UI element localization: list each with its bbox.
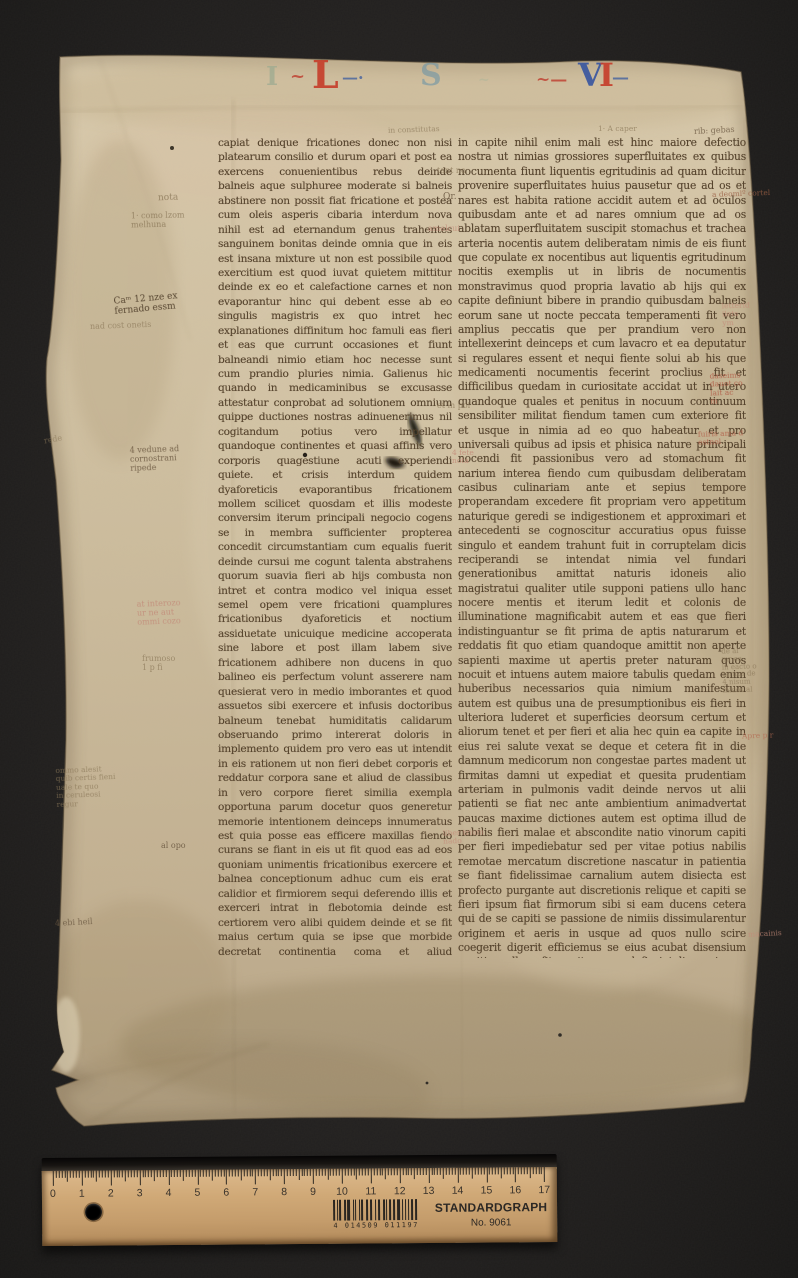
ruler-number: 2 xyxy=(108,1187,114,1199)
ruler-number: 5 xyxy=(194,1187,200,1199)
ruler-tick xyxy=(249,1169,250,1176)
margin-note: amelcui xyxy=(428,225,460,234)
ruler-tick xyxy=(437,1168,438,1175)
ruler-tick xyxy=(108,1170,109,1177)
ruler-tick xyxy=(402,1168,403,1175)
ruler-model: No. 9061 xyxy=(425,1217,557,1229)
ruler-tick xyxy=(275,1169,276,1176)
ruler-tick xyxy=(359,1169,360,1176)
ruler-number: 14 xyxy=(452,1185,464,1197)
ruler-tick xyxy=(73,1171,74,1178)
ruler-tick xyxy=(313,1169,314,1184)
ruler-brand: STANDARDGRAPH xyxy=(425,1200,557,1215)
ruler-tick xyxy=(426,1168,427,1175)
ruler-tick xyxy=(365,1168,366,1175)
ruler-tick xyxy=(452,1168,453,1175)
ruler-number: 12 xyxy=(394,1185,406,1197)
ruler-tick xyxy=(333,1169,334,1176)
ruler-hole xyxy=(85,1204,102,1221)
ruler-tick xyxy=(460,1168,461,1175)
ruler-tick xyxy=(142,1170,143,1177)
margin-note-line: melhuna xyxy=(131,220,185,230)
ruler-tick xyxy=(486,1168,487,1183)
ruler-tick xyxy=(87,1171,88,1178)
margin-note-line: tant no xyxy=(437,167,466,176)
margin-note: tant no xyxy=(437,167,466,176)
ruler-tick xyxy=(151,1170,152,1177)
ruler-tick xyxy=(506,1167,507,1174)
ruler-tick xyxy=(125,1170,126,1181)
ruler-tick xyxy=(122,1170,123,1177)
ruler-tick xyxy=(243,1169,244,1176)
ruler-tick xyxy=(301,1169,302,1176)
ruler-tick xyxy=(394,1168,395,1175)
margin-note: nota xyxy=(158,193,179,204)
ruler-number: 0 xyxy=(50,1188,56,1200)
margin-note-line: macainis xyxy=(748,929,782,939)
ruler-tick xyxy=(469,1168,470,1175)
ruler-tick xyxy=(61,1171,62,1178)
margin-note: frumoso1 p fi xyxy=(142,655,175,673)
ruler-tick xyxy=(191,1170,192,1177)
ruler-tick xyxy=(157,1170,158,1177)
ruler-tick xyxy=(264,1169,265,1176)
margin-note-line: 1 p fi xyxy=(142,664,175,673)
margin-note: macainis xyxy=(748,929,782,939)
ruler-tick xyxy=(457,1168,458,1183)
ruler-tick xyxy=(194,1170,195,1177)
ruler-tick xyxy=(544,1167,545,1182)
ruler-number: 7 xyxy=(252,1186,258,1198)
ruler-tick xyxy=(324,1169,325,1176)
ruler-tick xyxy=(535,1167,536,1174)
ruler-tick xyxy=(295,1169,296,1176)
ruler-tick xyxy=(93,1171,94,1178)
ruler-tick xyxy=(498,1167,499,1174)
ruler-tick xyxy=(518,1167,519,1174)
ruler-tick xyxy=(131,1170,132,1177)
margin-note: 4 vedune adcornostraniripede xyxy=(130,445,180,474)
ruler-brand-block: STANDARDGRAPH No. 9061 xyxy=(425,1200,557,1229)
ruler-tick xyxy=(538,1167,539,1174)
ruler-tick xyxy=(379,1168,380,1175)
ruler-tick xyxy=(434,1168,435,1175)
ruler-tick xyxy=(200,1170,201,1177)
ruler-tick xyxy=(385,1168,386,1179)
ruler-tick xyxy=(174,1170,175,1177)
ruler-tick xyxy=(223,1170,224,1177)
margin-note-line: amelcui xyxy=(428,225,460,234)
ruler-tick xyxy=(527,1167,528,1174)
ruler-tick xyxy=(96,1171,97,1182)
ruler-tick xyxy=(85,1171,86,1178)
margin-note: al opo xyxy=(161,842,186,851)
margin-note-line: 1· A caper xyxy=(598,125,637,133)
ruler-tick xyxy=(212,1170,213,1181)
ruler-tick xyxy=(105,1170,106,1177)
header-letter: — xyxy=(612,68,629,88)
ruler-tick xyxy=(168,1170,169,1185)
margin-note-line: nota xyxy=(158,193,179,204)
margin-note: 1· A caper xyxy=(598,125,637,133)
margin-note: 1· como lzommelhuna xyxy=(131,212,185,231)
margin-note-line: estnol xyxy=(698,438,744,448)
ruler-tick xyxy=(454,1168,455,1175)
ruler-tick xyxy=(446,1168,447,1175)
ruler-tick xyxy=(423,1168,424,1175)
ruler-tick xyxy=(322,1169,323,1176)
ruler-tick xyxy=(316,1169,317,1176)
ruler-tick xyxy=(258,1169,259,1176)
ruler-tick xyxy=(82,1171,83,1186)
ruler-tick xyxy=(417,1168,418,1175)
ruler-tick xyxy=(371,1168,372,1183)
ruler-tick xyxy=(215,1170,216,1177)
ruler-tick xyxy=(226,1170,227,1185)
ruler-tick xyxy=(56,1171,57,1178)
margin-note-line: Apre p r xyxy=(742,731,774,740)
ruler-body: 01234567891011121314151617 4 014509 0111… xyxy=(42,1167,558,1246)
margin-note: daseimsdauot colait acm xyxy=(709,371,743,406)
ruler-tick xyxy=(348,1169,349,1176)
ruler-tick xyxy=(515,1167,516,1182)
ruler-tick xyxy=(206,1170,207,1177)
ruler-tick xyxy=(475,1168,476,1175)
margin-note: fuiris ama destnol xyxy=(698,429,744,447)
margin-note: in constitutas xyxy=(388,125,440,135)
ruler-tick xyxy=(532,1167,533,1174)
ruler-tick xyxy=(137,1170,138,1177)
ruler-tick xyxy=(148,1170,149,1177)
margin-note: letteridiletsym xyxy=(722,302,751,328)
ruler-tick xyxy=(530,1167,531,1178)
ruler-tick xyxy=(278,1169,279,1176)
manuscript-photo: I~L—·S~~—VI— capiat denique fricationes … xyxy=(0,0,798,1278)
ruler-tick xyxy=(241,1169,242,1180)
ruler-tick xyxy=(79,1171,80,1178)
ruler-tick xyxy=(483,1168,484,1175)
ruler-tick xyxy=(229,1170,230,1177)
barcode-bars xyxy=(333,1199,419,1221)
ruler-tick xyxy=(272,1169,273,1176)
ruler-tick xyxy=(99,1171,100,1178)
margin-note: liber triumnado xyxy=(443,828,485,846)
margin-note-line: nado xyxy=(443,837,484,847)
ruler-number: 6 xyxy=(223,1187,229,1199)
margin-note-line: ym xyxy=(722,318,750,327)
header-letter: I xyxy=(266,62,278,92)
ruler-tick xyxy=(466,1168,467,1175)
margin-note-line: midos al xyxy=(723,687,758,696)
ruler-tick xyxy=(411,1168,412,1175)
ruler-tick xyxy=(307,1169,308,1176)
ruler-tick xyxy=(255,1169,256,1184)
ruler-tick xyxy=(414,1168,415,1179)
ruler-number: 8 xyxy=(281,1186,287,1198)
ruler-tick xyxy=(145,1170,146,1177)
ruler-tick xyxy=(374,1168,375,1175)
ruler-tick xyxy=(284,1169,285,1184)
margin-note: 4 fetenota xyxy=(452,449,474,466)
ruler-tick xyxy=(489,1167,490,1174)
ruler-tick xyxy=(330,1169,331,1176)
ruler-tick xyxy=(504,1167,505,1174)
ruler-tick xyxy=(235,1169,236,1176)
ruler-number: 17 xyxy=(538,1184,550,1196)
ruler-tick xyxy=(304,1169,305,1176)
ruler-tick xyxy=(281,1169,282,1176)
ruler-tick xyxy=(90,1171,91,1178)
ruler-number: 13 xyxy=(423,1185,435,1197)
ruler-tick xyxy=(298,1169,299,1180)
ruler-tick xyxy=(171,1170,172,1177)
margin-note: Apre p r xyxy=(742,731,774,740)
ruler-tick xyxy=(53,1171,54,1186)
barcode-digits: 4 014509 011197 xyxy=(333,1221,419,1230)
ruler-tick xyxy=(449,1168,450,1175)
ruler-tick xyxy=(232,1169,233,1176)
ruler-tick xyxy=(521,1167,522,1174)
margin-note-line: ommi cozo xyxy=(137,617,181,627)
ruler: 01234567891011121314151617 4 014509 0111… xyxy=(42,1154,558,1246)
ruler-tick xyxy=(342,1169,343,1184)
ruler-tick xyxy=(269,1169,270,1180)
ruler-tick xyxy=(197,1170,198,1185)
ruler-tick xyxy=(541,1167,542,1174)
ruler-barcode: 4 014509 011197 xyxy=(333,1199,419,1232)
ruler-tick xyxy=(327,1169,328,1180)
ruler-tick xyxy=(186,1170,187,1177)
ruler-tick xyxy=(391,1168,392,1175)
ruler-tick xyxy=(339,1169,340,1176)
ruler-tick xyxy=(492,1167,493,1174)
ruler-tick xyxy=(116,1170,117,1177)
ruler-tick xyxy=(70,1171,71,1178)
ruler-tick xyxy=(139,1170,140,1185)
ruler-tick xyxy=(246,1169,247,1176)
ruler-tick xyxy=(290,1169,291,1176)
ruler-tick xyxy=(362,1168,363,1175)
ruler-tick xyxy=(64,1171,65,1178)
ruler-tick xyxy=(353,1169,354,1176)
ruler-tick xyxy=(336,1169,337,1176)
margin-note-line: al opo xyxy=(161,842,186,851)
margin-note-line: nota xyxy=(452,457,474,465)
ruler-tick xyxy=(128,1170,129,1177)
ruler-tick xyxy=(160,1170,161,1177)
ruler-tick xyxy=(163,1170,164,1177)
ruler-tick xyxy=(76,1171,77,1178)
ruler-tick xyxy=(428,1168,429,1183)
ruler-tick xyxy=(420,1168,421,1175)
ruler-number: 16 xyxy=(509,1184,521,1196)
ruler-tick xyxy=(177,1170,178,1177)
ruler-tick xyxy=(183,1170,184,1181)
ruler-tick xyxy=(400,1168,401,1183)
margin-note-line: in constitutas xyxy=(388,125,440,135)
ruler-tick xyxy=(405,1168,406,1175)
ruler-tick xyxy=(350,1169,351,1176)
margin-note: et in poi xyxy=(437,402,470,411)
ruler-tick xyxy=(431,1168,432,1175)
margin-note-line: Or. xyxy=(443,192,457,202)
ruler-tick xyxy=(293,1169,294,1176)
text-column-right: in capite nihil enim mali est hinc maior… xyxy=(458,136,746,958)
margin-note: ommo alesitquib certis fieniuale te quoi… xyxy=(55,765,116,809)
ruler-number: 10 xyxy=(336,1186,348,1198)
ruler-number: 3 xyxy=(137,1187,143,1199)
ruler-tick xyxy=(267,1169,268,1176)
ruler-tick xyxy=(165,1170,166,1177)
ruler-tick xyxy=(478,1168,479,1175)
ruler-tick xyxy=(319,1169,320,1176)
header-letter: ~— xyxy=(536,70,567,90)
ruler-tick xyxy=(59,1171,60,1178)
ruler-tick xyxy=(397,1168,398,1175)
ruler-number: 9 xyxy=(310,1186,316,1198)
ruler-tick xyxy=(472,1168,473,1179)
margin-note: de almr eain eacto oternos de4 nisummido… xyxy=(721,647,757,695)
header-letter: ~ xyxy=(478,72,490,88)
header-letter: S xyxy=(420,58,442,93)
ruler-tick xyxy=(368,1168,369,1175)
ruler-tick xyxy=(113,1170,114,1177)
ruler-tick xyxy=(261,1169,262,1176)
margin-note: at interozour ne autommi cozo xyxy=(137,599,182,627)
margin-note-line: et in poi xyxy=(437,402,470,411)
ruler-tick xyxy=(189,1170,190,1177)
ruler-tick xyxy=(376,1168,377,1175)
ruler-tick xyxy=(154,1170,155,1181)
margin-note-line: ripede xyxy=(130,463,180,474)
ruler-tick xyxy=(495,1167,496,1174)
ruler-tick xyxy=(220,1170,221,1177)
ruler-number: 1 xyxy=(79,1188,85,1200)
ruler-tick xyxy=(203,1170,204,1177)
ruler-tick xyxy=(501,1167,502,1178)
header-letter: ~ xyxy=(290,66,305,87)
ruler-number: 11 xyxy=(365,1185,376,1197)
ruler-tick xyxy=(382,1168,383,1175)
ruler-tick xyxy=(509,1167,510,1174)
ruler-tick xyxy=(524,1167,525,1174)
ruler-tick xyxy=(252,1169,253,1176)
ruler-tick xyxy=(119,1170,120,1177)
ruler-tick xyxy=(463,1168,464,1175)
ruler-tick xyxy=(217,1170,218,1177)
ruler-tick xyxy=(209,1170,210,1177)
ruler-tick xyxy=(238,1169,239,1176)
ruler-tick xyxy=(180,1170,181,1177)
ruler-tick xyxy=(134,1170,135,1177)
header-letter: —· xyxy=(342,68,364,87)
ruler-number: 15 xyxy=(481,1184,493,1196)
ruler-tick xyxy=(443,1168,444,1179)
ruler-tick xyxy=(440,1168,441,1175)
ruler-tick xyxy=(111,1170,112,1185)
ruler-tick xyxy=(102,1171,103,1178)
ruler-tick xyxy=(287,1169,288,1176)
margin-note-line: m xyxy=(710,397,743,407)
ruler-tick xyxy=(67,1171,68,1182)
ruler-tick xyxy=(408,1168,409,1175)
margin-note: Or. xyxy=(443,192,457,202)
ruler-tick xyxy=(388,1168,389,1175)
ruler-tick xyxy=(356,1169,357,1180)
ruler-tick xyxy=(345,1169,346,1176)
ruler-number: 4 xyxy=(166,1187,172,1199)
ruler-tick xyxy=(512,1167,513,1174)
ruler-tick xyxy=(310,1169,311,1176)
header-letter: L xyxy=(312,52,339,97)
text-column-left: capiat denique fricationes donec non nis… xyxy=(218,136,452,959)
ruler-tick xyxy=(480,1168,481,1175)
